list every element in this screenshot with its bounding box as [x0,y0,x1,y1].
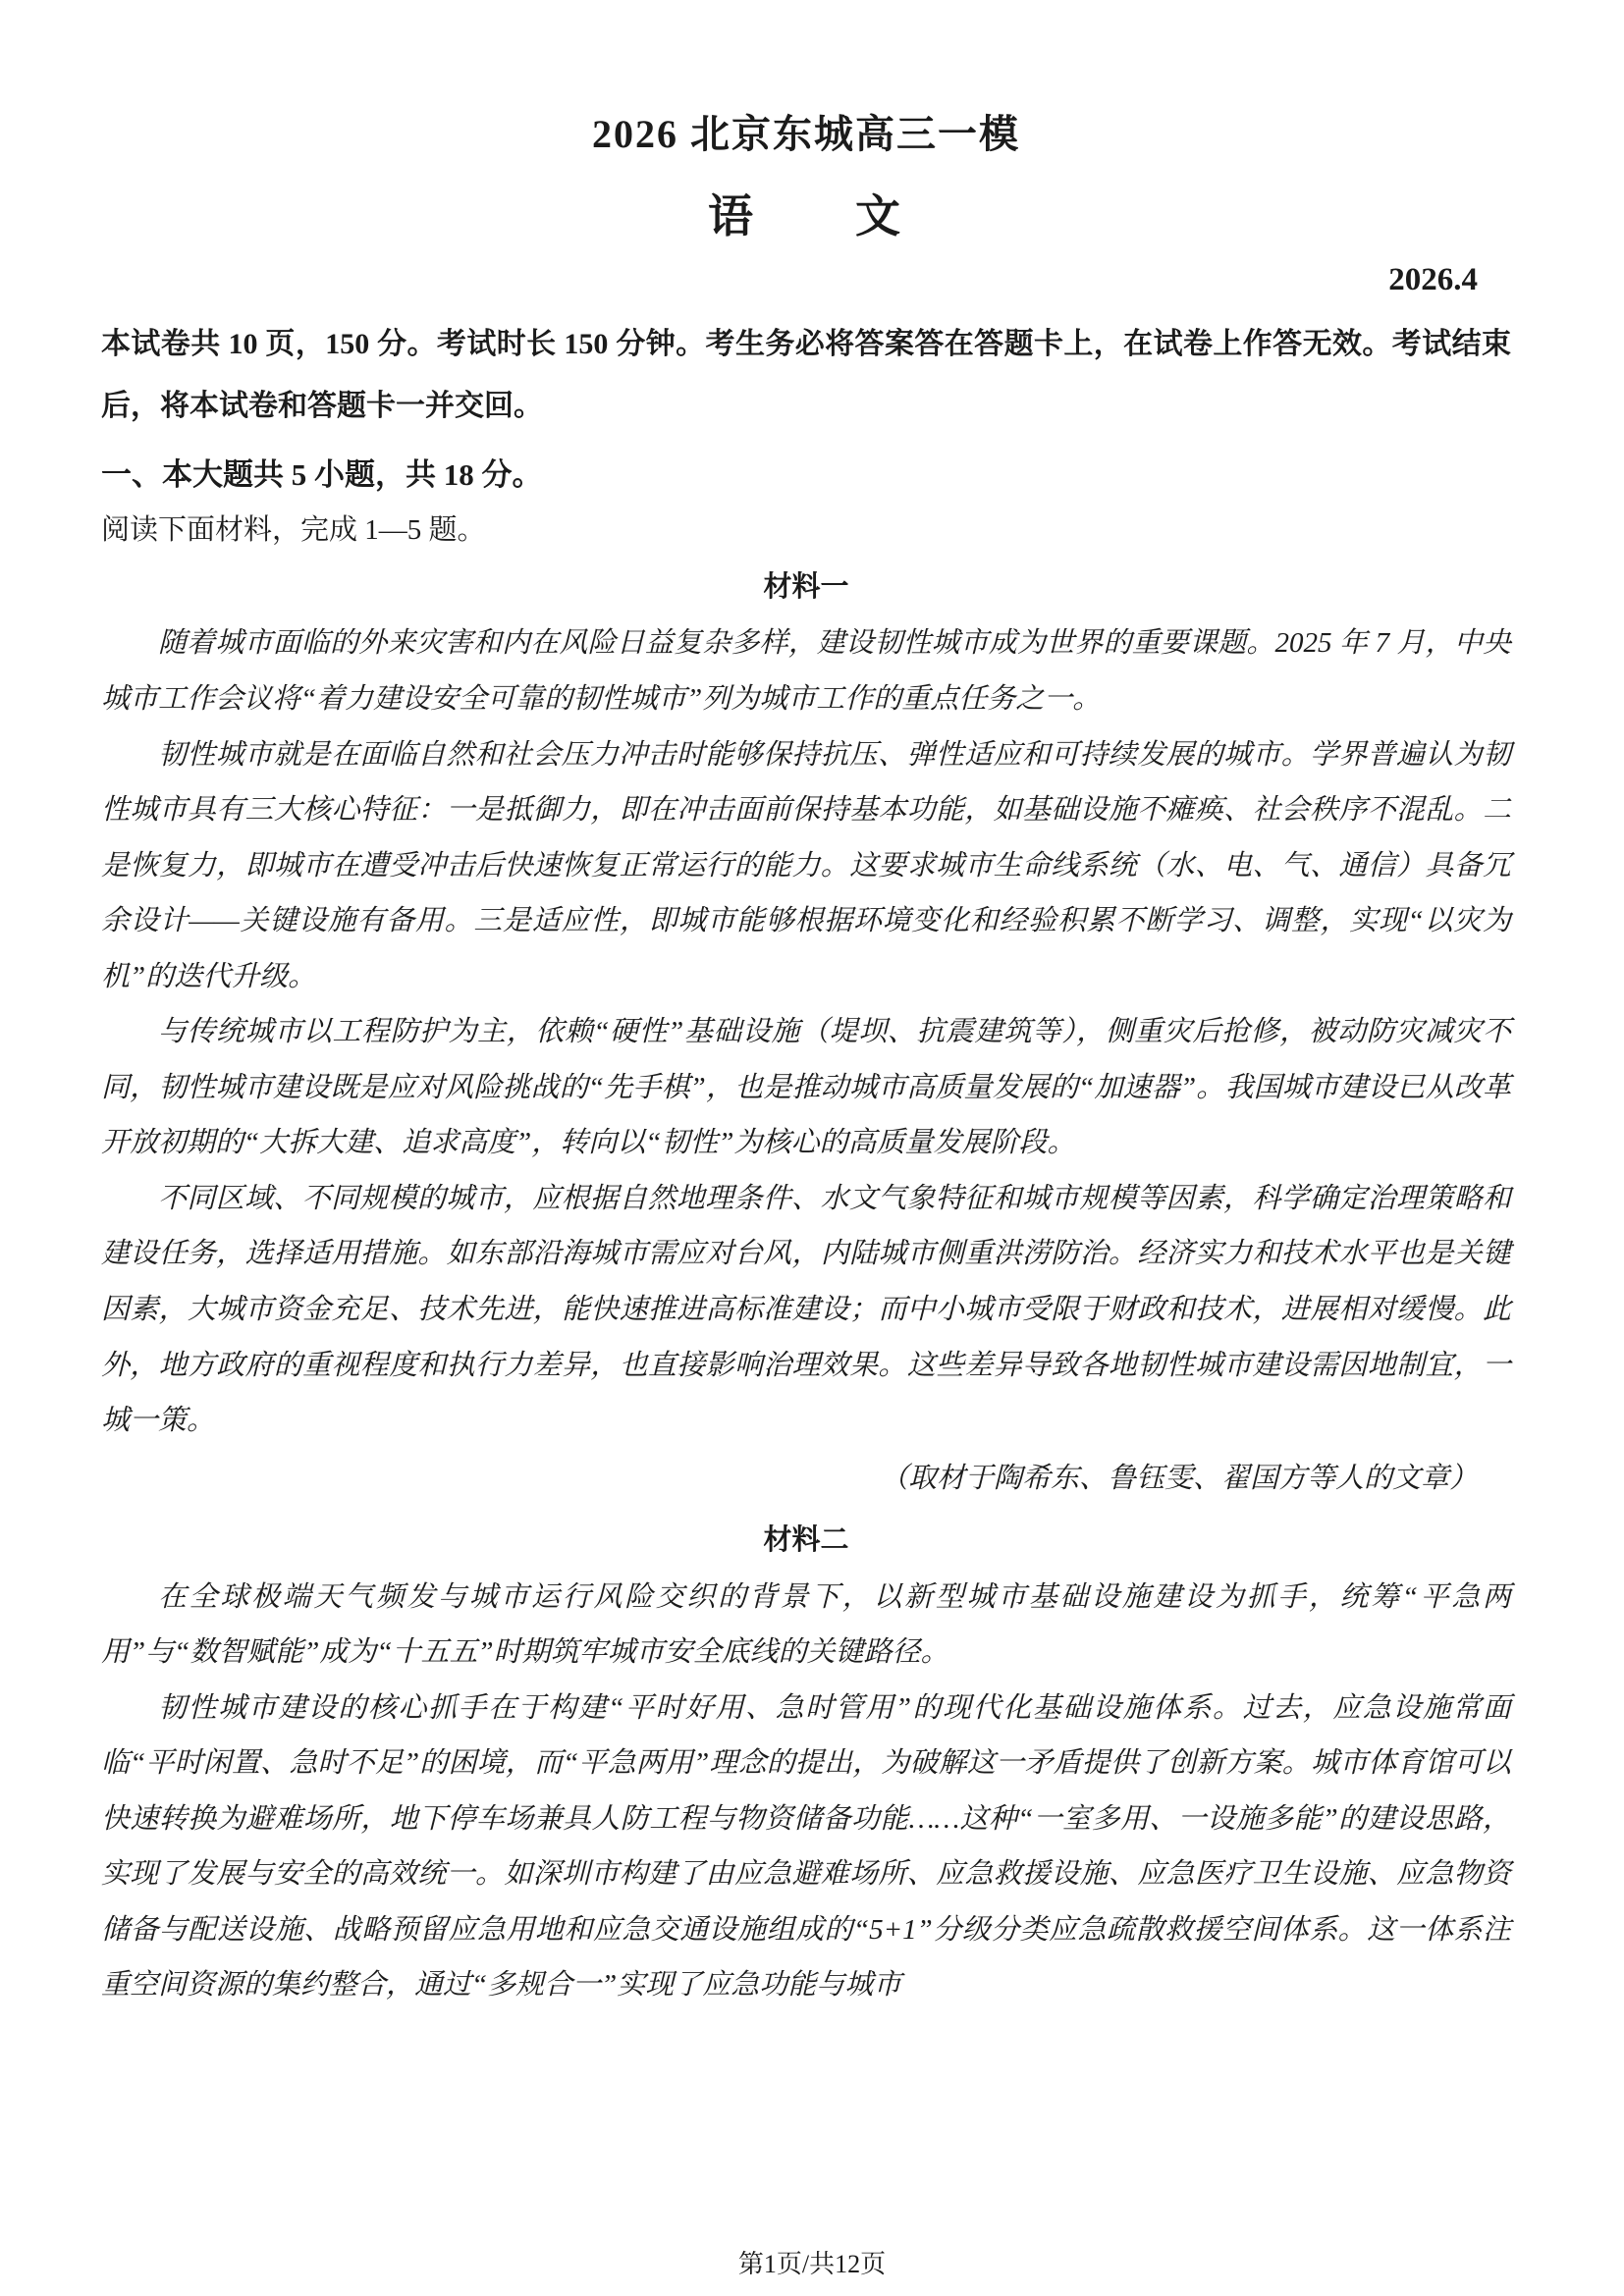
material-two-paragraph: 韧性城市建设的核心抓手在于构建“平时好用、急时管用”的现代化基础设施体系。过去，… [101,1681,1511,2013]
reading-instruction: 阅读下面材料，完成 1—5 题。 [101,507,1511,553]
material-one-heading: 材料一 [101,564,1511,610]
exam-date: 2026.4 [101,261,1511,300]
material-one-paragraph: 韧性城市就是在面临自然和社会压力冲击时能够保持抗压、弹性适应和可持续发展的城市。… [101,727,1511,1005]
page-number: 第1页/共12页 [0,2244,1624,2280]
material-two-paragraph: 在全球极端天气频发与城市运行风险交织的背景下，以新型城市基础设施建设为抓手，统筹… [101,1570,1511,1681]
material-two-heading: 材料二 [101,1518,1511,1563]
material-one-paragraph: 不同区域、不同规模的城市，应根据自然地理条件、水文气象特征和城市规模等因素，科学… [101,1171,1511,1449]
material-one-paragraph: 与传统城市以工程防护为主，依赖“硬性”基础设施（堤坝、抗震建筑等），侧重灾后抢修… [101,1004,1511,1171]
exam-paper-page: 2026 北京东城高三一模 语 文 2026.4 本试卷共 10 页，150 分… [0,0,1624,2296]
material-one-attribution: （取材于陶希东、鲁钰雯、翟国方等人的文章） [101,1451,1511,1507]
section-one-heading: 一、本大题共 5 小题，共 18 分。 [101,451,1511,500]
exam-subject: 语 文 [101,188,1511,245]
material-one-paragraph: 随着城市面临的外来灾害和内在风险日益复杂多样，建设韧性城市成为世界的重要课题。2… [101,615,1511,726]
exam-notice: 本试卷共 10 页，150 分。考试时长 150 分钟。考生务必将答案答在答题卡… [101,313,1511,437]
exam-title: 2026 北京东城高三一模 [101,110,1511,159]
